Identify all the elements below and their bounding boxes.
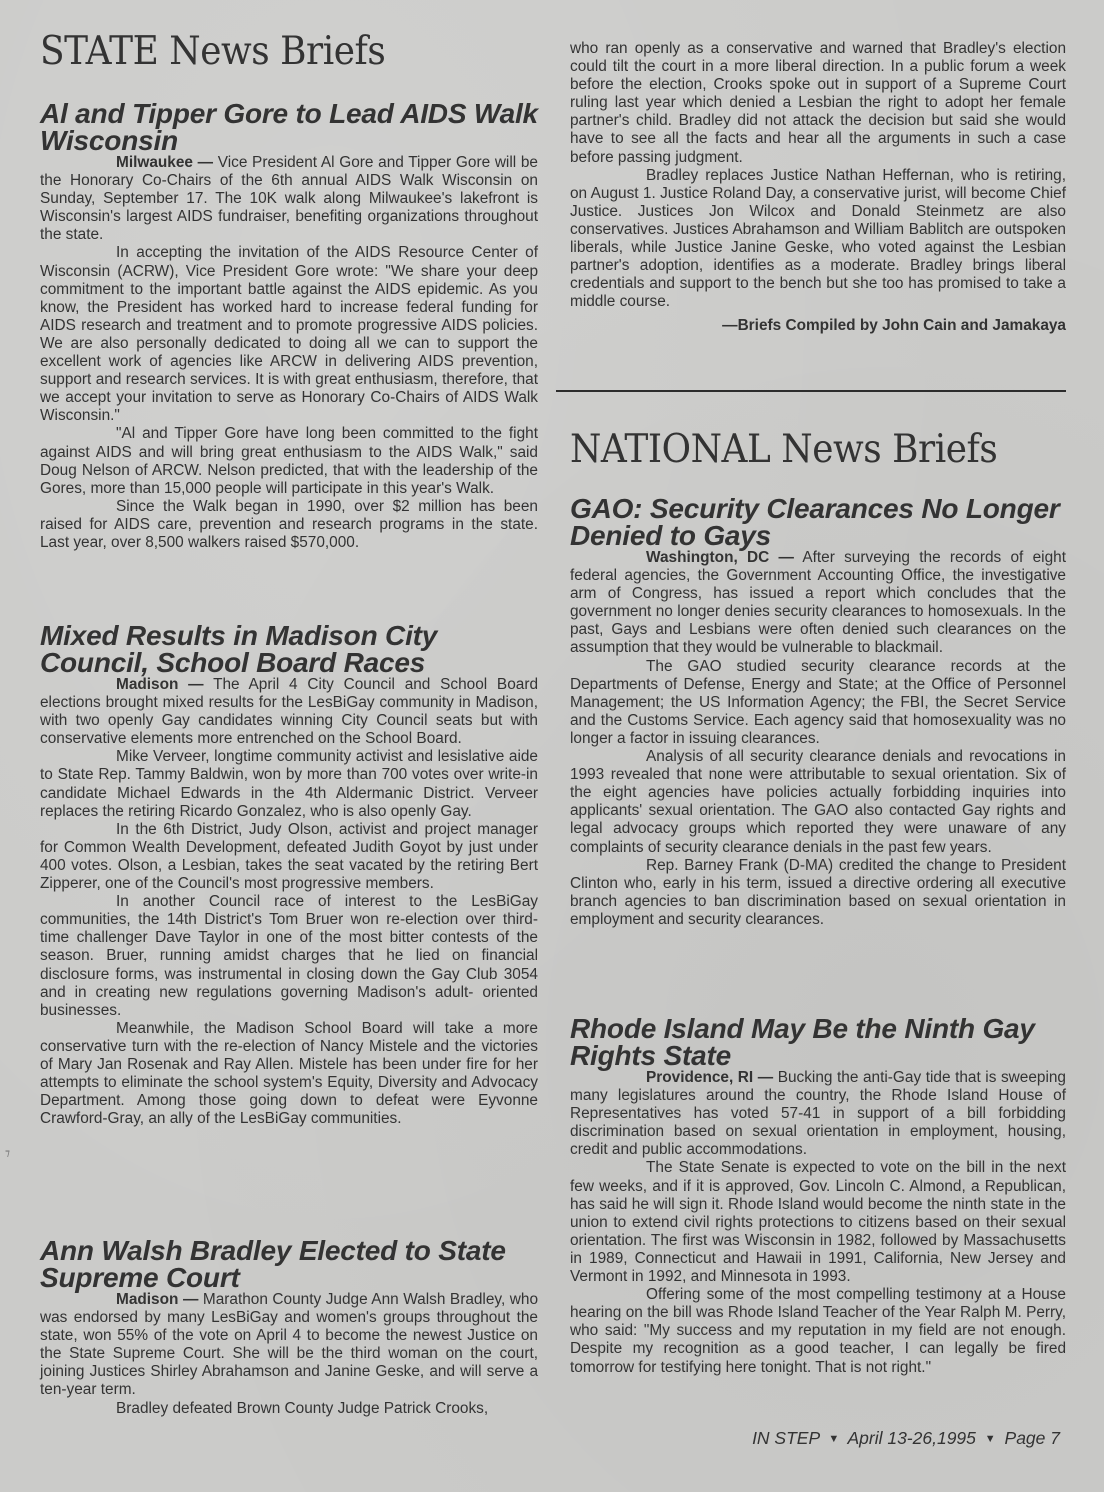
- article-headline: Rhode Island May Be the Ninth Gay Rights…: [570, 1015, 1066, 1069]
- article-headline: GAO: Security Clearances No Longer Denie…: [570, 495, 1066, 549]
- article-paragraph: Meanwhile, the Madison School Board will…: [40, 1020, 538, 1129]
- publication-name: IN STEP: [752, 1428, 819, 1448]
- article-bradley-supreme-court: Ann Walsh Bradley Elected to State Supre…: [40, 1237, 538, 1418]
- article-paragraph: The GAO studied security clearance recor…: [570, 658, 1066, 748]
- briefs-credit: —Briefs Compiled by John Cain and Jamaka…: [570, 317, 1066, 335]
- article-paragraph: Madison — Marathon County Judge Ann Wals…: [40, 1291, 538, 1400]
- article-bradley-continued: who ran openly as a conservative and war…: [570, 40, 1066, 335]
- article-paragraph: Madison — The April 4 City Council and S…: [40, 676, 538, 748]
- article-dateline: Washington, DC —: [646, 549, 794, 566]
- article-paragraph: Bradley defeated Brown County Judge Patr…: [40, 1400, 538, 1418]
- article-gore-aids-walk: Al and Tipper Gore to Lead AIDS Walk Wis…: [40, 100, 538, 552]
- page-number: Page 7: [1005, 1428, 1060, 1448]
- article-paragraph: who ran openly as a conservative and war…: [570, 40, 1066, 167]
- article-paragraph: Analysis of all security clearance denia…: [570, 748, 1066, 857]
- article-paragraph: In accepting the invitation of the AIDS …: [40, 244, 538, 425]
- triangle-separator-icon: ▼: [828, 1433, 839, 1445]
- section-divider: [556, 390, 1066, 392]
- article-paragraph: The State Senate is expected to vote on …: [570, 1159, 1066, 1286]
- article-paragraph: Providence, RI — Bucking the anti-Gay ti…: [570, 1069, 1066, 1159]
- article-paragraph: Bradley replaces Justice Nathan Hefferna…: [570, 167, 1066, 312]
- national-section-title: NATIONAL News Briefs: [570, 430, 997, 469]
- article-dateline: Providence, RI —: [646, 1069, 773, 1086]
- article-dateline: Madison —: [116, 1291, 198, 1308]
- article-paragraph: Washington, DC — After surveying the rec…: [570, 549, 1066, 658]
- article-dateline: Madison —: [116, 676, 204, 693]
- article-paragraph: In another Council race of interest to t…: [40, 893, 538, 1020]
- issue-date: April 13-26,1995: [847, 1428, 975, 1448]
- triangle-separator-icon: ▼: [985, 1433, 996, 1445]
- state-section-title: STATE News Briefs: [40, 32, 385, 71]
- article-paragraph: Milwaukee — Vice President Al Gore and T…: [40, 154, 538, 244]
- newspaper-page: ⁊ STATE News Briefs Al and Tipper Gore t…: [0, 0, 1104, 1492]
- paragraph-text: The April 4 City Council and School Boar…: [40, 676, 538, 747]
- paragraph-text: Marathon County Judge Ann Walsh Bradley,…: [40, 1291, 538, 1398]
- stray-ink-mark: ⁊: [5, 1148, 10, 1159]
- article-rhode-island-gay-rights: Rhode Island May Be the Ninth Gay Rights…: [570, 1015, 1066, 1377]
- article-paragraph: Offering some of the most compelling tes…: [570, 1286, 1066, 1376]
- article-headline: Mixed Results in Madison City Council, S…: [40, 622, 538, 676]
- article-headline: Al and Tipper Gore to Lead AIDS Walk Wis…: [40, 100, 538, 154]
- article-dateline: Milwaukee —: [116, 154, 213, 171]
- article-paragraph: Mike Verveer, longtime community activis…: [40, 748, 538, 820]
- article-paragraph: "Al and Tipper Gore have long been commi…: [40, 425, 538, 497]
- article-paragraph: Rep. Barney Frank (D-MA) credited the ch…: [570, 857, 1066, 929]
- paragraph-text: Bucking the anti-Gay tide that is sweepi…: [570, 1069, 1066, 1158]
- paragraph-text: After surveying the records of eight fed…: [570, 549, 1066, 656]
- article-madison-elections: Mixed Results in Madison City Council, S…: [40, 622, 538, 1128]
- paragraph-text: Vice President Al Gore and Tipper Gore w…: [40, 154, 538, 243]
- article-paragraph: In the 6th District, Judy Olson, activis…: [40, 821, 538, 893]
- page-footer: IN STEP ▼ April 13-26,1995 ▼ Page 7: [570, 1428, 1060, 1449]
- article-paragraph: Since the Walk began in 1990, over $2 mi…: [40, 498, 538, 552]
- article-gao-security-clearances: GAO: Security Clearances No Longer Denie…: [570, 495, 1066, 929]
- article-headline: Ann Walsh Bradley Elected to State Supre…: [40, 1237, 538, 1291]
